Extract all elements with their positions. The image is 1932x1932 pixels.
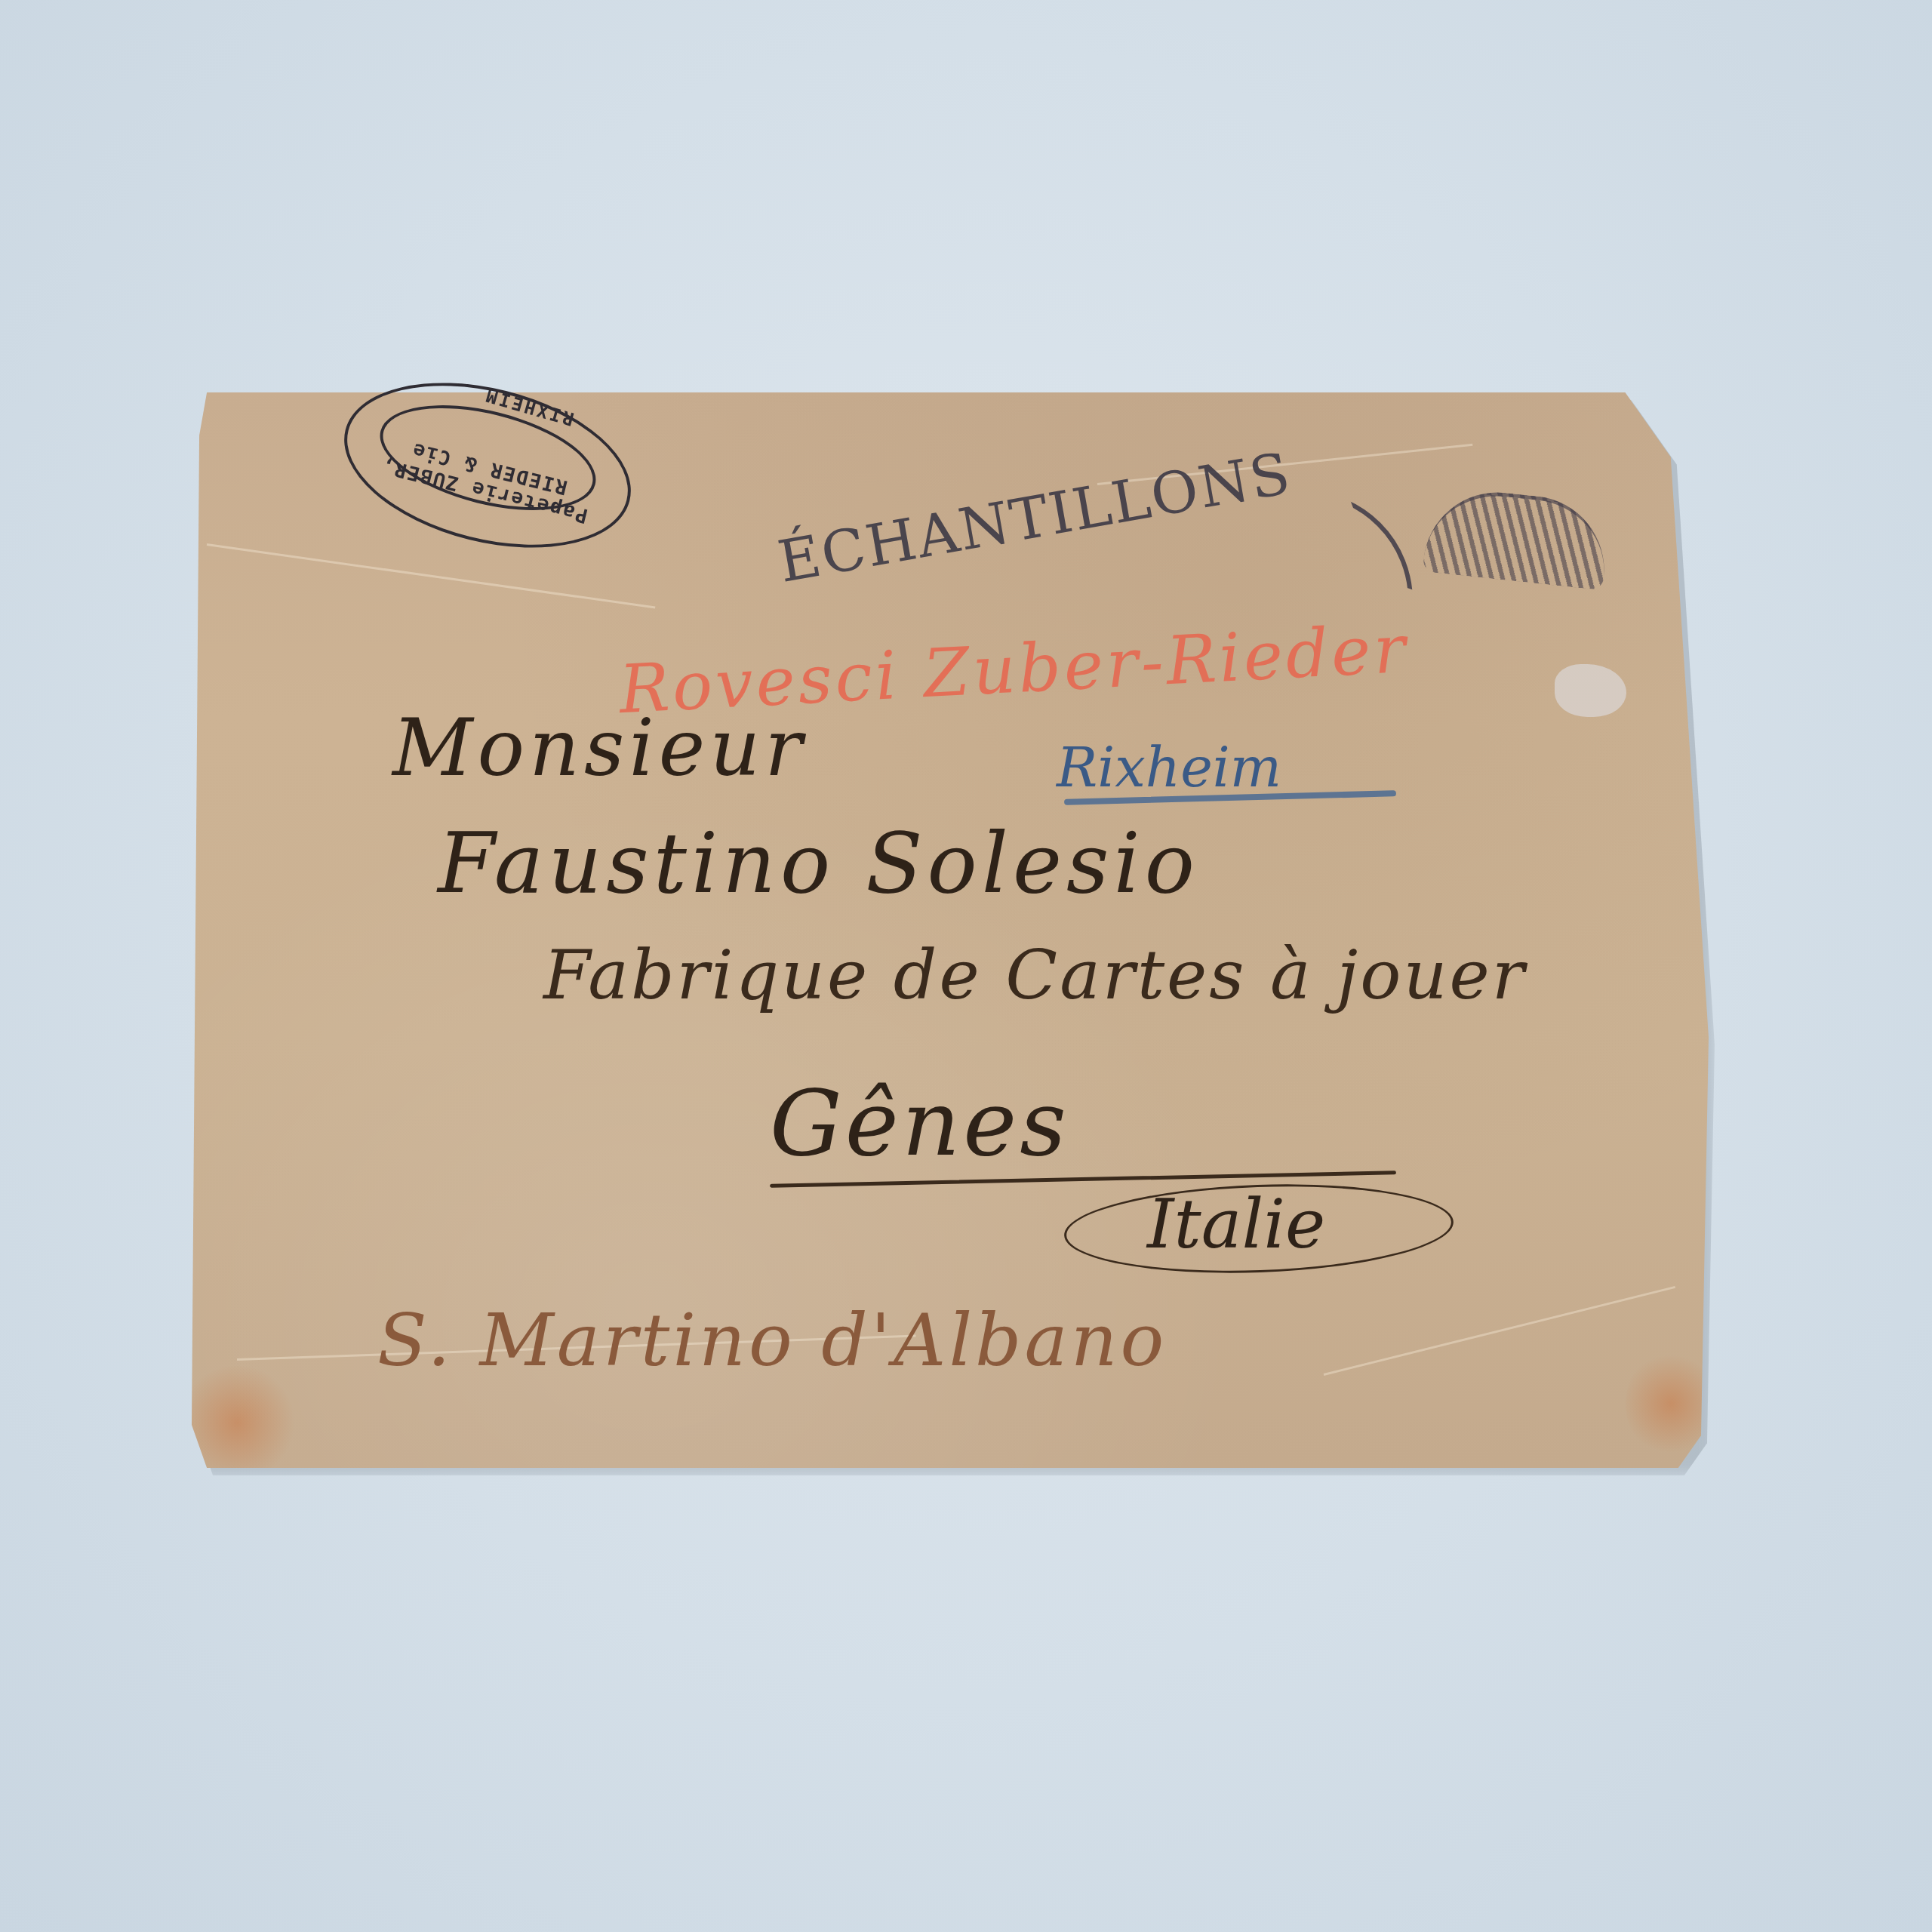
blue-annotation: Rixheim: [1057, 736, 1281, 799]
addressee-business: Fabrique de Cartes à jouer: [543, 936, 1527, 1015]
corner-stain: [177, 1366, 297, 1479]
addressee-name: Faustino Solesio: [438, 815, 1199, 912]
destination-city: Gênes: [770, 1072, 1069, 1177]
sender-place: S. Martino d'Albano: [377, 1298, 1167, 1383]
paper-crease: [1324, 1286, 1675, 1376]
destination-country: Italie: [1147, 1185, 1325, 1264]
photo-scene: Papeterie ZUBER, RIEDER & Cie RIXHEIM ÉC…: [0, 0, 1932, 1932]
paper-crease: [207, 543, 656, 608]
salutation: Monsieur: [392, 702, 807, 794]
